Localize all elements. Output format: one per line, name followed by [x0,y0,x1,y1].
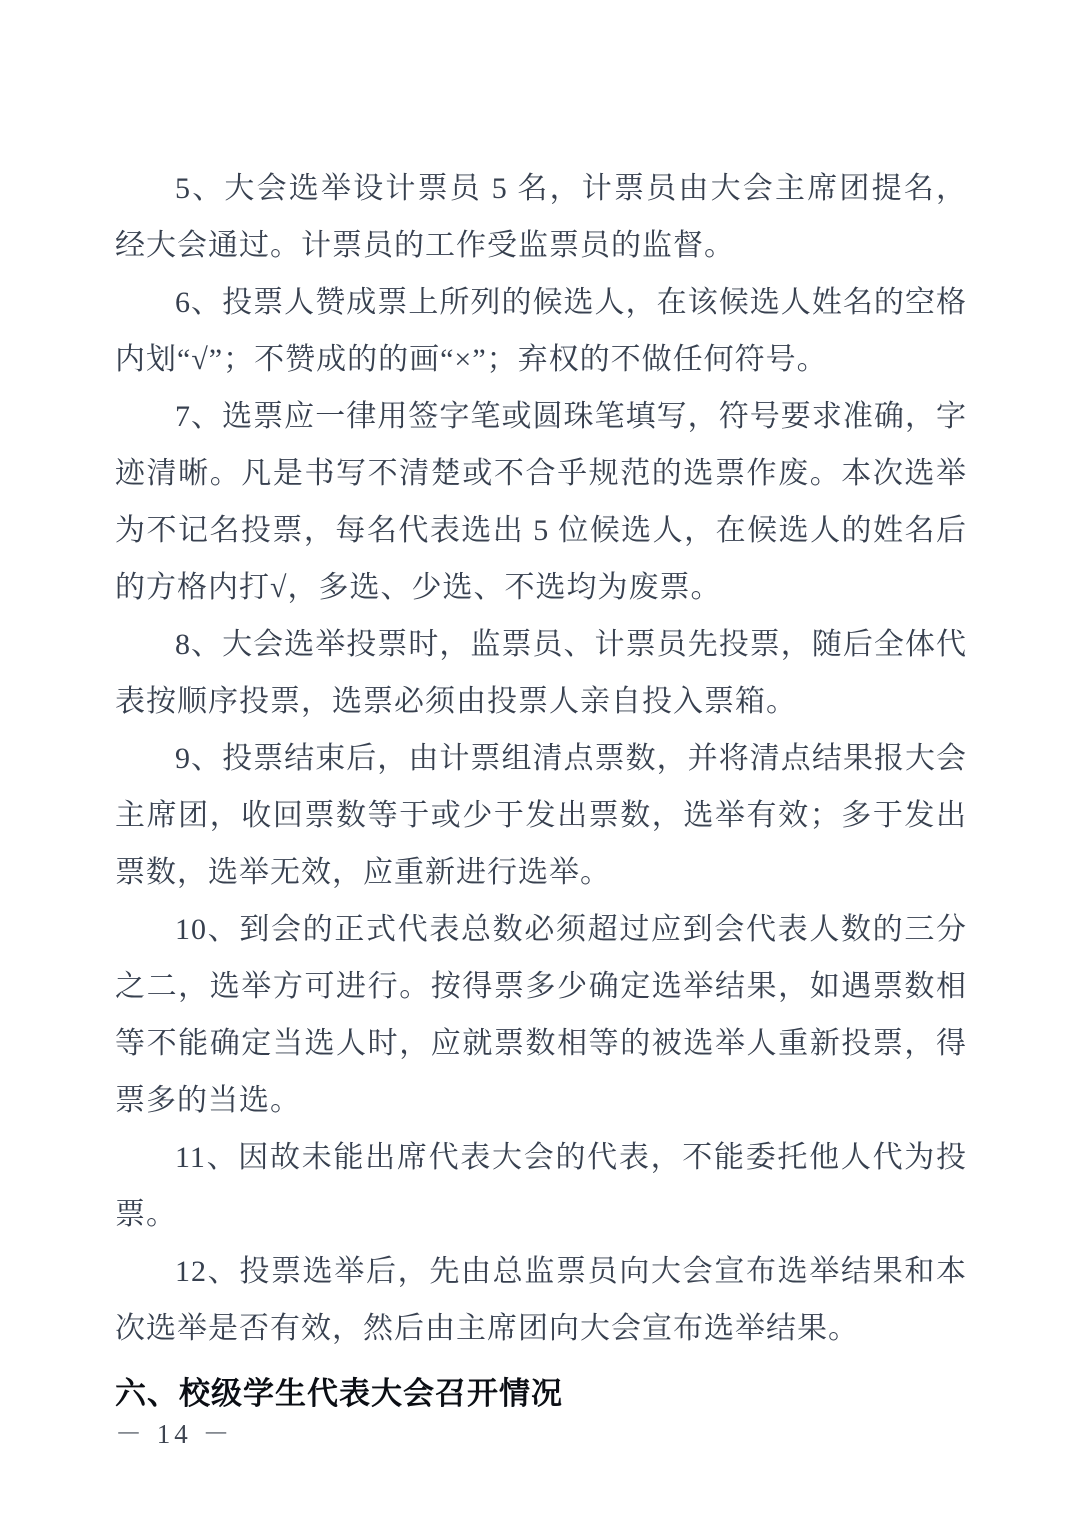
paragraph-8: 8、大会选举投票时，监票员、计票员先投票，随后全体代表按顺序投票，选票必须由投票… [115,616,967,730]
paragraph-11: 11、因故未能出席代表大会的代表，不能委托他人代为投票。 [115,1129,967,1243]
document-body: 5、大会选举设计票员 5 名，计票员由大会主席团提名，经大会通过。计票员的工作受… [115,160,967,1422]
document-page: 5、大会选举设计票员 5 名，计票员由大会主席团提名，经大会通过。计票员的工作受… [0,0,1080,1527]
paragraph-7: 7、选票应一律用签字笔或圆珠笔填写，符号要求准确，字迹清晰。凡是书写不清楚或不合… [115,388,967,616]
paragraph-5: 5、大会选举设计票员 5 名，计票员由大会主席团提名，经大会通过。计票员的工作受… [115,160,967,274]
paragraph-10: 10、到会的正式代表总数必须超过应到会代表人数的三分之二，选举方可进行。按得票多… [115,901,967,1129]
paragraph-9: 9、投票结束后，由计票组清点票数，并将清点结果报大会主席团，收回票数等于或少于发… [115,730,967,901]
paragraph-6: 6、投票人赞成票上所列的候选人，在该候选人姓名的空格内划“√”；不赞成的的画“×… [115,274,967,388]
paragraph-12: 12、投票选举后，先由总监票员向大会宣布选举结果和本次选举是否有效，然后由主席团… [115,1243,967,1357]
section-heading: 六、校级学生代表大会召开情况 [115,1365,967,1422]
page-number: － 14 － [115,1412,234,1451]
